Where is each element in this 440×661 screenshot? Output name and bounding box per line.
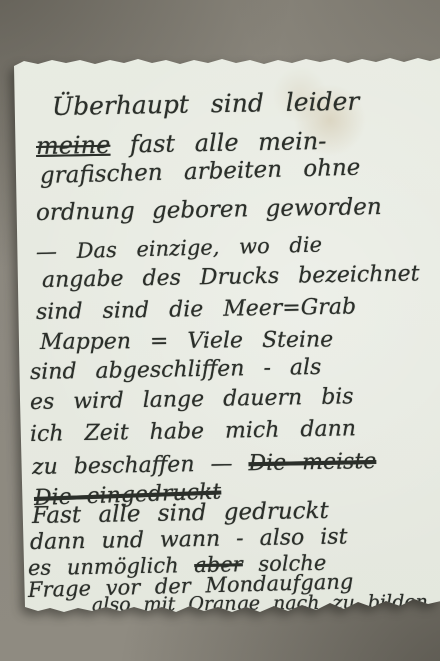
- handwriting-segment: sind sind die Meer=Grab: [36, 294, 356, 325]
- handwriting-segment: fast alle mein-: [110, 127, 327, 159]
- handwriting-segment: angabe des Drucks bezeichnet: [42, 261, 420, 293]
- handwriting-segment: — Das einzige, wo die: [36, 233, 323, 264]
- handwriting-segment: grafischen arbeiten ohne: [40, 155, 361, 189]
- handwriting-segment: zu beschaffen —: [32, 451, 249, 480]
- handwriting-line: sind abgeschliffen - als: [30, 355, 322, 385]
- handwriting-line: meine fast alle mein-: [36, 127, 327, 160]
- photo-backdrop: Überhaupt sind leider meine fast alle me…: [0, 0, 440, 661]
- handwriting-line: Überhaupt sind leider: [52, 87, 360, 121]
- handwriting-line: Fast alle sind gedruckt: [32, 498, 329, 529]
- handwriting-segment: Mappen = Viele Steine: [40, 327, 333, 355]
- handwriting-segment: sind abgeschliffen - als: [30, 355, 322, 385]
- handwriting-segment: ordnung geboren geworden: [36, 194, 382, 226]
- handwriting-line: grafischen arbeiten ohne: [40, 155, 361, 189]
- handwriting-segment: Fast alle sind gedruckt: [32, 498, 329, 529]
- handwriting-line: zu beschaffen — Die meiste: [32, 449, 377, 480]
- manuscript-page: Überhaupt sind leider meine fast alle me…: [0, 0, 440, 661]
- struck-word: meine: [36, 131, 111, 160]
- handwriting-segment: es wird lange dauern bis: [30, 384, 354, 415]
- paper-shadow: Überhaupt sind leider meine fast alle me…: [0, 0, 440, 661]
- handwriting-line: es wird lange dauern bis: [30, 384, 354, 415]
- handwriting-segment: Überhaupt sind leider: [52, 87, 360, 121]
- handwriting-segment: ich Zeit habe mich dann: [30, 416, 356, 447]
- handwriting-segment: also mit Orange nach zu bilden: [92, 591, 428, 616]
- handwriting-line: — Das einzige, wo die: [36, 233, 323, 264]
- handwriting-line: Mappen = Viele Steine: [40, 327, 333, 355]
- handwriting-line: angabe des Drucks bezeichnet: [42, 261, 420, 293]
- handwriting-line: also mit Orange nach zu bilden: [92, 591, 428, 616]
- handwriting-line: ich Zeit habe mich dann: [30, 416, 356, 447]
- struck-word: Die meiste: [248, 449, 376, 476]
- handwriting-line: sind sind die Meer=Grab: [36, 294, 356, 325]
- handwriting-line: ordnung geboren geworden: [36, 194, 382, 226]
